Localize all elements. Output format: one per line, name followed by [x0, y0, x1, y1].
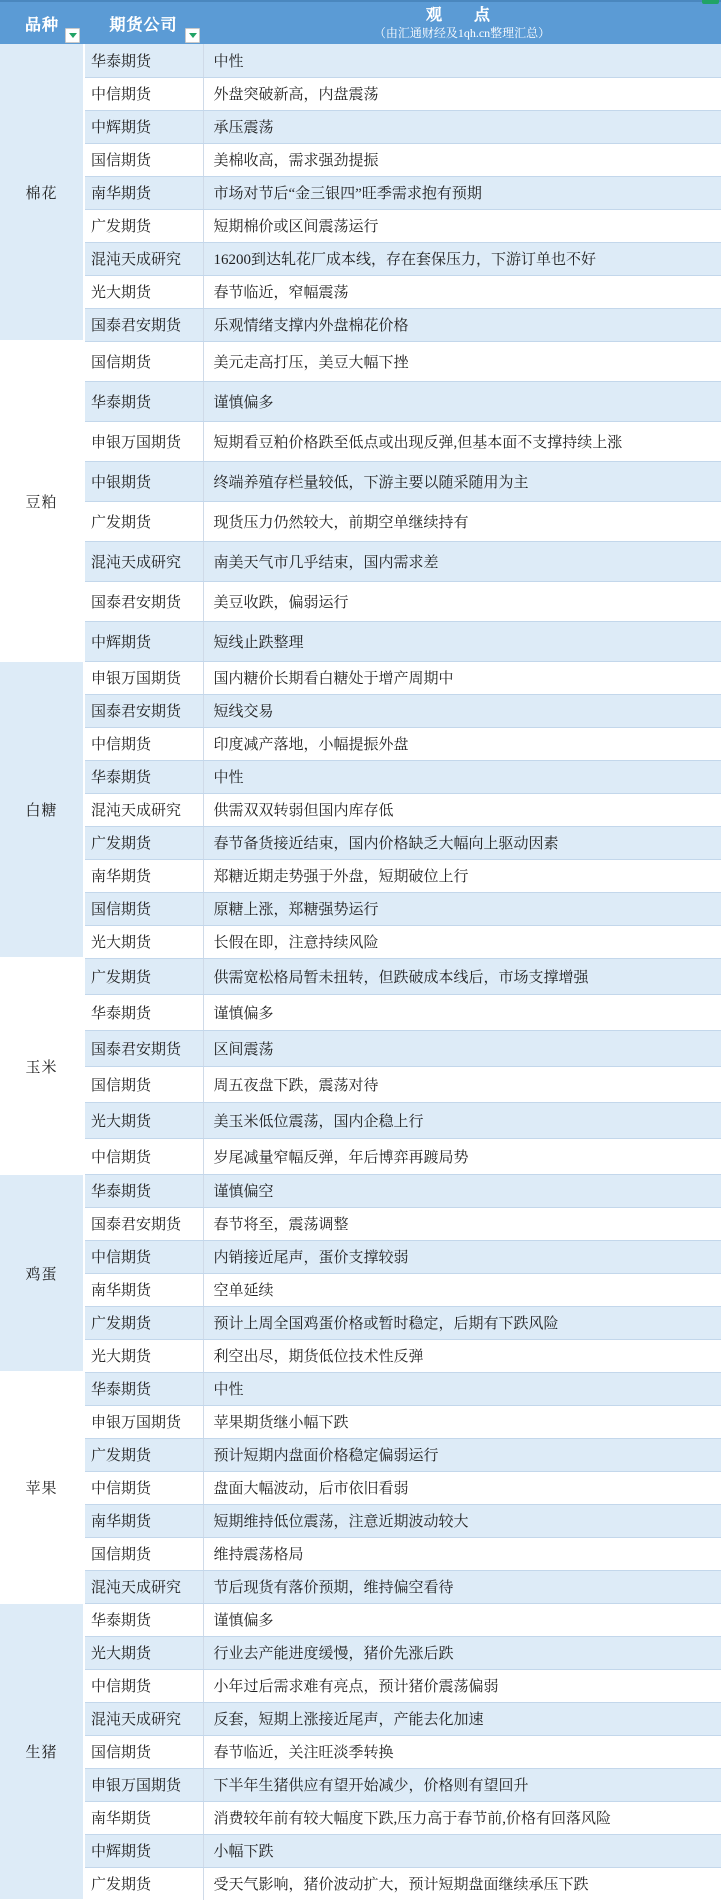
- viewpoint-cell: 维持震荡格局: [203, 1537, 721, 1570]
- table-row: 光大期货美玉米低位震荡，国内企稳上行: [0, 1102, 721, 1138]
- viewpoint-cell: 中性: [203, 44, 721, 77]
- company-cell: 华泰期货: [84, 381, 203, 421]
- company-cell: 中辉期货: [84, 621, 203, 661]
- viewpoint-cell: 现货压力仍然较大，前期空单继续持有: [203, 501, 721, 541]
- table-row: 国泰君安期货春节将至，震荡调整: [0, 1207, 721, 1240]
- table-row: 广发期货预计上周全国鸡蛋价格或暂时稳定，后期有下跌风险: [0, 1306, 721, 1339]
- company-cell: 南华期货: [84, 1504, 203, 1537]
- viewpoint-cell: 区间震荡: [203, 1030, 721, 1066]
- company-cell: 光大期货: [84, 1102, 203, 1138]
- viewpoint-cell: 中性: [203, 760, 721, 793]
- table-row: 国泰君安期货美豆收跌，偏弱运行: [0, 581, 721, 621]
- table-row: 玉米广发期货供需宽松格局暂未扭转，但跌破成本线后，市场支撑增强: [0, 958, 721, 994]
- company-cell: 国信期货: [84, 341, 203, 381]
- company-cell: 中信期货: [84, 727, 203, 760]
- table-row: 广发期货现货压力仍然较大，前期空单继续持有: [0, 501, 721, 541]
- company-cell: 中辉期货: [84, 110, 203, 143]
- table-body: 棉花华泰期货中性中信期货外盘突破新高，内盘震荡中辉期货承压震荡国信期货美棉收高，…: [0, 44, 721, 1900]
- company-cell: 国泰君安期货: [84, 308, 203, 341]
- viewpoint-cell: 美玉米低位震荡，国内企稳上行: [203, 1102, 721, 1138]
- table-row: 国泰君安期货区间震荡: [0, 1030, 721, 1066]
- viewpoint-cell: 小幅下跌: [203, 1834, 721, 1867]
- table-row: 混沌天成研究16200到达轧花厂成本线，存在套保压力，下游订单也不好: [0, 242, 721, 275]
- company-cell: 光大期货: [84, 1339, 203, 1372]
- company-cell: 广发期货: [84, 501, 203, 541]
- viewpoint-cell: 供需宽松格局暂未扭转，但跌破成本线后，市场支撑增强: [203, 958, 721, 994]
- viewpoint-cell: 受天气影响，猪价波动扩大，预计短期盘面继续承压下跌: [203, 1867, 721, 1900]
- table-row: 鸡蛋华泰期货谨慎偏空: [0, 1174, 721, 1207]
- viewpoint-cell: 承压震荡: [203, 110, 721, 143]
- table-row: 申银万国期货短期看豆粕价格跌至低点或出现反弹,但基本面不支撑持续上涨: [0, 421, 721, 461]
- variety-header-label: 品种: [25, 12, 59, 35]
- viewpoint-cell: 盘面大幅波动，后市依旧看弱: [203, 1471, 721, 1504]
- company-cell: 中信期货: [84, 77, 203, 110]
- table-row: 南华期货消费较年前有较大幅度下跌,压力高于春节前,价格有回落风险: [0, 1801, 721, 1834]
- viewpoint-cell: 预计上周全国鸡蛋价格或暂时稳定，后期有下跌风险: [203, 1306, 721, 1339]
- company-cell: 申银万国期货: [84, 1405, 203, 1438]
- table-row: 光大期货利空出尽，期货低位技术性反弹: [0, 1339, 721, 1372]
- table-row: 生猪华泰期货谨慎偏多: [0, 1603, 721, 1636]
- variety-cell: 生猪: [0, 1603, 84, 1900]
- viewpoint-cell: 春节临近，窄幅震荡: [203, 275, 721, 308]
- viewpoint-cell: 美豆收跌，偏弱运行: [203, 581, 721, 621]
- viewpoint-cell: 短期棉价或区间震荡运行: [203, 209, 721, 242]
- viewpoint-cell: 短期看豆粕价格跌至低点或出现反弹,但基本面不支撑持续上涨: [203, 421, 721, 461]
- viewpoint-cell: 下半年生猪供应有望开始减少，价格则有望回升: [203, 1768, 721, 1801]
- chevron-down-icon: [189, 33, 197, 38]
- table-row: 国信期货美棉收高，需求强劲提振: [0, 143, 721, 176]
- table-row: 混沌天成研究南美天气市几乎结束，国内需求差: [0, 541, 721, 581]
- company-cell: 中信期货: [84, 1471, 203, 1504]
- company-cell: 华泰期货: [84, 1372, 203, 1405]
- viewpoint-cell: 岁尾减量窄幅反弹，年后博弈再踱局势: [203, 1138, 721, 1174]
- viewpoint-cell: 乐观情绪支撑内外盘棉花价格: [203, 308, 721, 341]
- company-cell: 广发期货: [84, 826, 203, 859]
- viewpoint-cell: 小年过后需求难有亮点，预计猪价震荡偏弱: [203, 1669, 721, 1702]
- viewpoint-cell: 美棉收高，需求强劲提振: [203, 143, 721, 176]
- viewpoint-header-label: 观 点: [426, 6, 498, 26]
- table-row: 混沌天成研究反套，短期上涨接近尾声，产能去化加速: [0, 1702, 721, 1735]
- table-row: 光大期货长假在即，注意持续风险: [0, 925, 721, 958]
- viewpoint-cell: 谨慎偏空: [203, 1174, 721, 1207]
- company-cell: 国信期货: [84, 1066, 203, 1102]
- viewpoint-cell: 预计短期内盘面价格稳定偏弱运行: [203, 1438, 721, 1471]
- viewpoint-cell: 行业去产能进度缓慢，猪价先涨后跌: [203, 1636, 721, 1669]
- table-row: 南华期货市场对节后“金三银四”旺季需求抱有预期: [0, 176, 721, 209]
- company-cell: 中信期货: [84, 1138, 203, 1174]
- table-row: 国信期货维持震荡格局: [0, 1537, 721, 1570]
- company-cell: 中银期货: [84, 461, 203, 501]
- company-cell: 华泰期货: [84, 1174, 203, 1207]
- table-row: 华泰期货谨慎偏多: [0, 381, 721, 421]
- table-row: 光大期货春节临近，窄幅震荡: [0, 275, 721, 308]
- funnel-glyph: [705, 0, 716, 1]
- company-cell: 中信期货: [84, 1669, 203, 1702]
- company-cell: 华泰期货: [84, 44, 203, 77]
- viewpoint-cell: 郑糖近期走势强于外盘，短期破位上行: [203, 859, 721, 892]
- col-header-viewpoint: 观 点 （由汇通财经及1qh.cn整理汇总）: [203, 2, 721, 44]
- table-row: 国信期货周五夜盘下跌，震荡对待: [0, 1066, 721, 1102]
- company-cell: 广发期货: [84, 1438, 203, 1471]
- table-row: 混沌天成研究节后现货有落价预期，维持偏空看待: [0, 1570, 721, 1603]
- viewpoint-cell: 美元走高打压，美豆大幅下挫: [203, 341, 721, 381]
- viewpoint-header-subtitle: （由汇通财经及1qh.cn整理汇总）: [374, 26, 550, 41]
- viewpoint-cell: 春节临近，关注旺淡季转换: [203, 1735, 721, 1768]
- table-row: 国信期货春节临近，关注旺淡季转换: [0, 1735, 721, 1768]
- viewpoint-cell: 中性: [203, 1372, 721, 1405]
- variety-cell: 豆粕: [0, 341, 84, 661]
- table-row: 光大期货行业去产能进度缓慢，猪价先涨后跌: [0, 1636, 721, 1669]
- table-row: 中信期货岁尾减量窄幅反弹，年后博弈再踱局势: [0, 1138, 721, 1174]
- viewpoint-cell: 谨慎偏多: [203, 381, 721, 421]
- company-cell: 南华期货: [84, 859, 203, 892]
- company-cell: 国信期货: [84, 143, 203, 176]
- viewpoint-cell: 短线交易: [203, 694, 721, 727]
- table-row: 苹果华泰期货中性: [0, 1372, 721, 1405]
- table-row: 广发期货春节备货接近结束，国内价格缺乏大幅向上驱动因素: [0, 826, 721, 859]
- viewpoint-cell: 春节将至，震荡调整: [203, 1207, 721, 1240]
- company-cell: 广发期货: [84, 1306, 203, 1339]
- viewpoint-cell: 外盘突破新高，内盘震荡: [203, 77, 721, 110]
- col-header-company: 期货公司: [84, 2, 203, 44]
- table-row: 华泰期货谨慎偏多: [0, 994, 721, 1030]
- table-row: 广发期货短期棉价或区间震荡运行: [0, 209, 721, 242]
- viewpoint-cell: 原糖上涨，郑糖强势运行: [203, 892, 721, 925]
- company-cell: 申银万国期货: [84, 661, 203, 694]
- company-cell: 南华期货: [84, 176, 203, 209]
- company-cell: 混沌天成研究: [84, 793, 203, 826]
- table-row: 混沌天成研究供需双双转弱但国内库存低: [0, 793, 721, 826]
- company-cell: 华泰期货: [84, 994, 203, 1030]
- company-cell: 华泰期货: [84, 1603, 203, 1636]
- table-row: 国泰君安期货短线交易: [0, 694, 721, 727]
- viewpoint-cell: 短线止跌整理: [203, 621, 721, 661]
- table-row: 广发期货预计短期内盘面价格稳定偏弱运行: [0, 1438, 721, 1471]
- viewpoint-cell: 谨慎偏多: [203, 994, 721, 1030]
- viewpoints-table: 棉花华泰期货中性中信期货外盘突破新高，内盘震荡中辉期货承压震荡国信期货美棉收高，…: [0, 44, 721, 1900]
- variety-cell: 棉花: [0, 44, 84, 341]
- table-row: 中辉期货承压震荡: [0, 110, 721, 143]
- table-row: 中信期货内销接近尾声，蛋价支撑较弱: [0, 1240, 721, 1273]
- table-row: 中信期货印度减产落地，小幅提振外盘: [0, 727, 721, 760]
- company-cell: 国信期货: [84, 1537, 203, 1570]
- company-cell: 南华期货: [84, 1801, 203, 1834]
- viewpoint-cell: 短期维持低位震荡，注意近期波动较大: [203, 1504, 721, 1537]
- viewpoint-cell: 春节备货接近结束，国内价格缺乏大幅向上驱动因素: [203, 826, 721, 859]
- company-header-label: 期货公司: [109, 12, 177, 35]
- company-cell: 光大期货: [84, 275, 203, 308]
- company-cell: 国泰君安期货: [84, 694, 203, 727]
- company-cell: 广发期货: [84, 209, 203, 242]
- company-cell: 申银万国期货: [84, 421, 203, 461]
- table-row: 华泰期货中性: [0, 760, 721, 793]
- futures-viewpoints-sheet: 品种 期货公司 观 点 （由汇通财经及1qh.cn整理汇总）: [0, 0, 721, 1900]
- viewpoint-cell: 供需双双转弱但国内库存低: [203, 793, 721, 826]
- viewpoint-cell: 周五夜盘下跌，震荡对待: [203, 1066, 721, 1102]
- company-cell: 光大期货: [84, 1636, 203, 1669]
- company-cell: 混沌天成研究: [84, 1570, 203, 1603]
- viewpoint-cell: 市场对节后“金三银四”旺季需求抱有预期: [203, 176, 721, 209]
- table-row: 申银万国期货苹果期货继小幅下跌: [0, 1405, 721, 1438]
- company-cell: 混沌天成研究: [84, 242, 203, 275]
- table-row: 广发期货受天气影响，猪价波动扩大，预计短期盘面继续承压下跌: [0, 1867, 721, 1900]
- company-cell: 国泰君安期货: [84, 1207, 203, 1240]
- table-row: 中银期货终端养殖存栏量较低，下游主要以随采随用为主: [0, 461, 721, 501]
- table-row: 中信期货外盘突破新高，内盘震荡: [0, 77, 721, 110]
- viewpoint-cell: 内销接近尾声，蛋价支撑较弱: [203, 1240, 721, 1273]
- filter-funnel-icon[interactable]: [702, 0, 719, 4]
- company-cell: 国泰君安期货: [84, 1030, 203, 1066]
- table-row: 南华期货郑糖近期走势强于外盘，短期破位上行: [0, 859, 721, 892]
- company-cell: 混沌天成研究: [84, 1702, 203, 1735]
- variety-cell: 白糖: [0, 661, 84, 958]
- table-row: 国信期货原糖上涨，郑糖强势运行: [0, 892, 721, 925]
- company-cell: 中信期货: [84, 1240, 203, 1273]
- variety-cell: 苹果: [0, 1372, 84, 1603]
- viewpoint-cell: 印度减产落地，小幅提振外盘: [203, 727, 721, 760]
- viewpoint-cell: 国内糖价长期看白糖处于增产周期中: [203, 661, 721, 694]
- viewpoint-cell: 南美天气市几乎结束，国内需求差: [203, 541, 721, 581]
- table-row: 白糖申银万国期货国内糖价长期看白糖处于增产周期中: [0, 661, 721, 694]
- viewpoint-cell: 消费较年前有较大幅度下跌,压力高于春节前,价格有回落风险: [203, 1801, 721, 1834]
- company-filter-button[interactable]: [185, 28, 200, 43]
- viewpoint-cell: 16200到达轧花厂成本线，存在套保压力，下游订单也不好: [203, 242, 721, 275]
- company-cell: 中辉期货: [84, 1834, 203, 1867]
- table-row: 豆粕国信期货美元走高打压，美豆大幅下挫: [0, 341, 721, 381]
- viewpoint-cell: 长假在即，注意持续风险: [203, 925, 721, 958]
- viewpoint-cell: 反套，短期上涨接近尾声，产能去化加速: [203, 1702, 721, 1735]
- table-header: 品种 期货公司 观 点 （由汇通财经及1qh.cn整理汇总）: [0, 0, 721, 44]
- company-cell: 国信期货: [84, 1735, 203, 1768]
- company-cell: 广发期货: [84, 958, 203, 994]
- table-row: 南华期货短期维持低位震荡，注意近期波动较大: [0, 1504, 721, 1537]
- viewpoint-cell: 利空出尽，期货低位技术性反弹: [203, 1339, 721, 1372]
- table-row: 申银万国期货下半年生猪供应有望开始减少，价格则有望回升: [0, 1768, 721, 1801]
- col-header-variety: 品种: [0, 2, 84, 44]
- variety-filter-button[interactable]: [65, 28, 80, 43]
- table-row: 中辉期货短线止跌整理: [0, 621, 721, 661]
- table-row: 中信期货盘面大幅波动，后市依旧看弱: [0, 1471, 721, 1504]
- table-row: 中信期货小年过后需求难有亮点，预计猪价震荡偏弱: [0, 1669, 721, 1702]
- company-cell: 光大期货: [84, 925, 203, 958]
- table-row: 棉花华泰期货中性: [0, 44, 721, 77]
- viewpoint-cell: 苹果期货继小幅下跌: [203, 1405, 721, 1438]
- company-cell: 国泰君安期货: [84, 581, 203, 621]
- company-cell: 南华期货: [84, 1273, 203, 1306]
- table-row: 国泰君安期货乐观情绪支撑内外盘棉花价格: [0, 308, 721, 341]
- company-cell: 申银万国期货: [84, 1768, 203, 1801]
- table-row: 南华期货空单延续: [0, 1273, 721, 1306]
- viewpoint-cell: 节后现货有落价预期，维持偏空看待: [203, 1570, 721, 1603]
- viewpoint-cell: 终端养殖存栏量较低，下游主要以随采随用为主: [203, 461, 721, 501]
- chevron-down-icon: [69, 33, 77, 38]
- company-cell: 华泰期货: [84, 760, 203, 793]
- viewpoint-cell: 空单延续: [203, 1273, 721, 1306]
- variety-cell: 玉米: [0, 958, 84, 1174]
- company-cell: 混沌天成研究: [84, 541, 203, 581]
- company-cell: 广发期货: [84, 1867, 203, 1900]
- company-cell: 国信期货: [84, 892, 203, 925]
- viewpoint-cell: 谨慎偏多: [203, 1603, 721, 1636]
- variety-cell: 鸡蛋: [0, 1174, 84, 1372]
- table-row: 中辉期货小幅下跌: [0, 1834, 721, 1867]
